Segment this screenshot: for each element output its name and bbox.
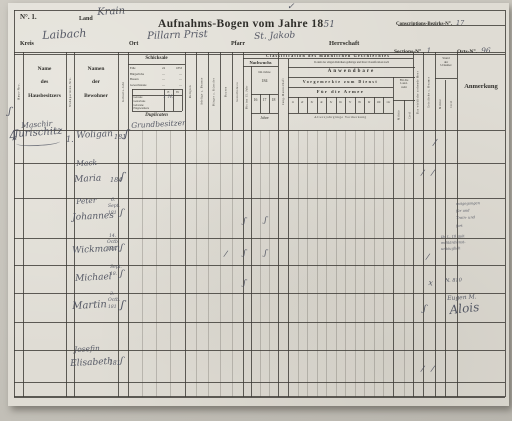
handwriting-entry: 1. <box>66 136 74 144</box>
schicksale-inner-row-label: Getraute <box>134 96 143 99</box>
handwriting-entry: Peter <box>76 197 97 206</box>
handwriting-entry: Martin <box>72 300 107 312</box>
schicksale-row-value-a: 24 <box>152 66 165 70</box>
grid-line <box>355 130 356 397</box>
grid-line <box>14 238 505 239</box>
col-owner-line2: des <box>23 79 66 85</box>
grid-line <box>269 130 270 397</box>
handwriting-entry: untauglich <box>441 247 461 251</box>
orts-number: Orts-N°. 96 <box>457 40 491 58</box>
grid-line <box>232 130 233 397</box>
kreis-label: Kreis <box>20 41 34 47</box>
armee-classes-caption: Altersjahrgänge Vormerkung <box>288 115 393 119</box>
grid-line <box>14 10 15 397</box>
handwriting-entry: N. 810 <box>445 278 462 284</box>
handwriting-entry: 14. <box>109 235 116 240</box>
handwriting-entry: ✓ <box>287 3 295 12</box>
grid-line <box>142 130 143 397</box>
grid-line <box>243 66 278 67</box>
handwriting-entry: fort <box>456 225 463 229</box>
grid-line <box>243 58 413 59</box>
armee-header: Für die Armee <box>288 89 393 94</box>
urlauber-line3: Urlauber <box>435 64 457 68</box>
urlauber-subcol-label: Militär <box>436 80 445 128</box>
schicksale-row-value-a: — <box>152 83 165 87</box>
grid-line <box>260 94 261 113</box>
handwriting-entry: Alois <box>449 301 480 316</box>
herrschaft-label: Herrschaft <box>329 40 359 47</box>
kreis-value: Laibach <box>42 28 87 41</box>
armee-class-cell: 8r <box>355 100 365 104</box>
grid-line <box>66 52 67 397</box>
pfarr-label: Pfarr <box>231 41 245 47</box>
schicksale-row-value-a: — <box>152 72 165 76</box>
grid-line <box>220 130 221 397</box>
grid-line <box>307 130 308 397</box>
grid-line <box>288 113 393 114</box>
handwriting-entry: Octb. <box>107 241 119 246</box>
grid-line <box>128 64 185 65</box>
schicksale-inner-row-label: Geborene <box>134 104 144 107</box>
schicksale-title: Schicksale <box>128 56 185 61</box>
handwriting-entry: Sept. <box>108 205 120 210</box>
handwriting-entry: 181 <box>108 212 117 217</box>
handwriting-entry: Maria <box>74 175 102 185</box>
handwriting-entry: 3. <box>110 293 114 298</box>
landwehr-header: Für die Land- wehr <box>393 79 415 89</box>
grid-line <box>260 130 261 397</box>
grid-line <box>170 130 171 397</box>
urlauber-header: Stand der Urlauber <box>435 57 457 68</box>
armee-class-cell: 2r <box>298 100 308 104</box>
col-residents-line2: der <box>74 79 118 85</box>
schicksale-row-value-b: 1853 <box>167 66 182 70</box>
col-owner-line3: Hausbesitzers <box>23 93 66 99</box>
schicksale-row-label: Bürgerliche <box>130 72 144 76</box>
grid-line <box>345 130 346 397</box>
schicksale-row-value-b: — <box>167 83 182 87</box>
beamte-col: Geistliche u. Beamte <box>423 56 435 128</box>
grid-line <box>404 130 405 397</box>
grid-line <box>423 52 424 397</box>
anmerkung-header: Anmerkung <box>457 83 505 90</box>
col-residents-line3: Bewohner <box>74 93 118 99</box>
grid-line <box>288 59 289 397</box>
grid-line <box>251 66 252 397</box>
schicksale-inner-row-label: Eingewanderte <box>134 107 150 110</box>
col-owner: Name des Hausbesitzers <box>23 66 66 99</box>
anwendbare-header: Anwendbare <box>288 69 415 74</box>
schicksale-row-label: Edle <box>130 66 136 70</box>
nachwuchs-year-line2: 184 <box>251 78 278 83</box>
scanned-census-form: N°. 1. Land Krain Aufnahms-Bogen vom Jah… <box>0 0 512 421</box>
form-title-year: 51 <box>324 20 335 30</box>
grid-line <box>14 293 505 294</box>
grid-line <box>288 97 393 98</box>
nachwuchs-side-col: Bis ins 15. Jahr <box>243 66 251 128</box>
form-number: N°. 1. <box>20 13 37 21</box>
handwriting-entry: 181. <box>107 248 117 253</box>
handwriting-entry: Train- und <box>456 216 475 220</box>
grid-line <box>156 130 157 397</box>
armee-class-cell: 1r <box>288 100 298 104</box>
armee-class-cell: 10r <box>374 100 384 104</box>
grid-line <box>118 52 119 397</box>
grid-line <box>14 52 505 53</box>
nachwuchs-year-line1: Im Jahre <box>251 70 278 74</box>
col-party-number: Wohnparteien-Nro. <box>66 56 74 128</box>
grid-line <box>14 10 505 11</box>
handwriting-entry: für und <box>456 210 470 214</box>
land-label: Land <box>79 16 93 22</box>
col-owner-line1: Name <box>23 66 66 72</box>
grid-line <box>435 78 457 79</box>
nachwuchs-title: Nachwuchs <box>243 60 278 65</box>
grid-line <box>326 130 327 397</box>
form-title-text: Aufnahms-Bogen vom Jahre 18 <box>158 18 324 30</box>
vorgemerkte-header: Vorgemerkte zum Dienst <box>288 79 393 84</box>
handwriting-entry: Michael <box>75 273 112 284</box>
grid-line <box>128 52 129 397</box>
schicksale-row-value-a: — <box>152 77 165 81</box>
grid-line <box>208 130 209 397</box>
landwehr-subcol-label: Civil <box>405 101 415 129</box>
conscription-district: Conscriptions-Bezirks-N°. 17 <box>396 12 464 30</box>
grid-line <box>288 67 415 68</box>
grid-line <box>288 77 415 78</box>
armee-class-cell: 7r <box>345 100 355 104</box>
grid-line <box>269 94 270 113</box>
grid-line <box>298 130 299 397</box>
schicksale-inner-col-header: E <box>164 90 173 94</box>
classification-note: In dem der obigen Rubriken gehörige und … <box>288 61 415 64</box>
schicksale-row-value-b: — <box>167 72 182 76</box>
grid-line <box>196 130 197 397</box>
armee-class-cell: 11r <box>383 100 393 104</box>
handwriting-entry: Octb. <box>108 299 120 304</box>
nachwuchs-age-cell: 18 <box>269 98 278 102</box>
col-residents: Namen der Bewohner <box>74 66 118 99</box>
armee-class-cell: 3r <box>307 100 317 104</box>
schicksale-footer: Duplicaten <box>128 113 185 118</box>
category-col-label: Bürger u. Künstler <box>208 55 220 128</box>
ort-value: Pillarn Prist <box>147 30 208 42</box>
armee-class-cell: 4r <box>317 100 327 104</box>
grid-line <box>182 89 183 111</box>
grid-line <box>14 382 505 383</box>
armee-class-cell: 5r <box>326 100 336 104</box>
handwriting-entry: Josefin <box>74 345 100 354</box>
grid-line <box>14 54 505 55</box>
grid-line <box>317 130 318 397</box>
land-value: Krain <box>97 7 125 18</box>
grid-line <box>14 396 505 398</box>
col-house-number: Haus-Nro. <box>14 58 23 126</box>
handwriting-entry: 18. <box>110 273 117 278</box>
category-col-label: Gewerbsleute <box>232 55 243 128</box>
grid-line <box>14 265 505 266</box>
schicksale-row-label: Bauern <box>130 77 139 81</box>
nachwuchs-ages-unit: Jahre <box>251 115 278 120</box>
category-col-label: Bauern <box>220 55 232 128</box>
handwriting-entry: 6. <box>111 199 115 204</box>
urlauber-subcol-label: Civil <box>446 80 457 128</box>
grid-line <box>14 322 505 323</box>
pfarr-value: St. Jakob <box>254 32 295 42</box>
handwriting-entry: Mack <box>76 159 97 168</box>
category-col-label: Religion <box>185 55 196 128</box>
col-residents-line1: Namen <box>74 66 118 72</box>
col-birth-year: Geburts-Jahr <box>118 56 128 128</box>
nachwuchs-age-cell: 17 <box>260 98 269 102</box>
grid-line <box>251 94 278 95</box>
grid-line <box>288 87 393 88</box>
handwriting-entry: 181 <box>108 306 117 311</box>
schicksale-inner-col-header: W <box>173 90 182 94</box>
handwritten-mark: x <box>428 279 434 288</box>
grid-line <box>383 130 384 397</box>
ort-label: Ort <box>129 41 138 47</box>
grid-line <box>23 52 24 397</box>
jung-mannschaft-col: Jung-Mannschaft <box>278 56 288 128</box>
grid-line <box>132 111 182 112</box>
armee-class-cell: 9r <box>364 100 374 104</box>
nachwuchs-age-cell: 16 <box>251 98 260 102</box>
handwriting-entry: Woligan <box>76 130 113 141</box>
landwehr-subcol-label: Militär <box>394 101 404 129</box>
schicksale-row-label: Gewerbsleute <box>130 83 147 87</box>
grid-line <box>336 130 337 397</box>
landwehr-line3: wehr <box>393 86 415 89</box>
grid-line <box>251 113 278 114</box>
conscription-value: 17 <box>456 19 464 27</box>
grid-line <box>505 10 506 397</box>
schicksale-row-value-b: — <box>167 77 182 81</box>
grid-line <box>398 25 505 26</box>
handwriting-entry: 1 N. <box>163 95 173 100</box>
grid-line <box>278 52 279 397</box>
grid-line <box>374 130 375 397</box>
schicksale-inner-row-label: Gestorbene <box>134 100 146 103</box>
grid-line <box>364 130 365 397</box>
category-col-label: Adelige u. Beamte <box>196 55 208 128</box>
armee-class-cell: 6r <box>336 100 346 104</box>
